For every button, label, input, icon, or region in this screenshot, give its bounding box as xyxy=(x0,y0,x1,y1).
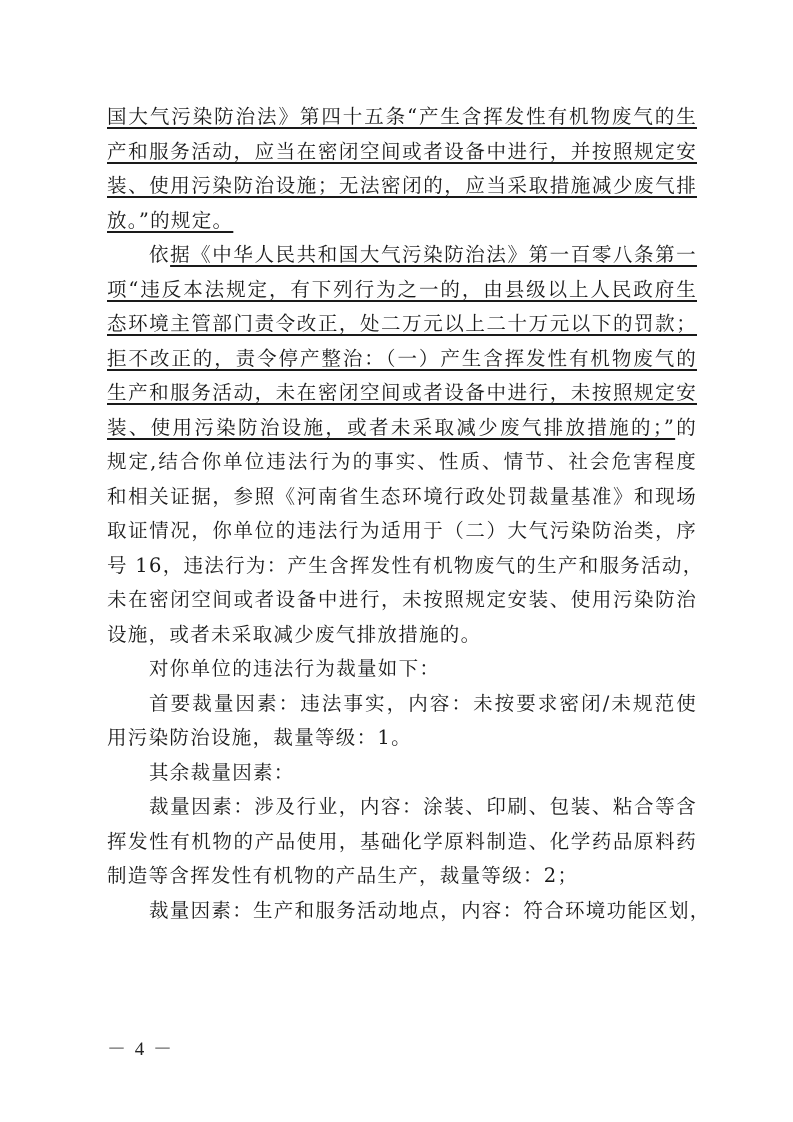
text-span: 其余裁量因素： xyxy=(149,761,295,784)
text-line: 未在密闭空间或者设备中进行，未按照规定安装、使用污染防治 xyxy=(107,583,697,618)
page-number: － 4 － xyxy=(107,1034,174,1061)
text-span: 规定,结合你单位违法行为的事实、性质、情节、社会危害程度 xyxy=(107,450,697,473)
text-span: 未在密闭空间或者设备中进行，未按照规定安装、使用污染防治 xyxy=(107,588,697,611)
text-line: 装、使用污染防治设施，或者未采取减少废气排放措施的；”的 xyxy=(107,411,697,446)
text-span: 的 xyxy=(675,416,697,439)
underlined-text: 态环境主管部门责令改正，处二万元以上二十万元以下的罚款； xyxy=(107,312,697,335)
text-line: 生产和服务活动，未在密闭空间或者设备中进行，未按照规定安 xyxy=(107,376,697,411)
document-page: 国大气污染防治法》第四十五条“产生含挥发性有机物废气的生产和服务活动，应当在密闭… xyxy=(0,0,793,1122)
text-line: 裁量因素：涉及行业，内容：涂装、印刷、包装、粘合等含 xyxy=(107,790,697,825)
text-span: 号 16，违法行为：产生含挥发性有机物废气的生产和服务活动， xyxy=(107,554,704,577)
text-line: 号 16，违法行为：产生含挥发性有机物废气的生产和服务活动， xyxy=(107,549,697,584)
text-line: 拒不改正的，责令停产整治：（一）产生含挥发性有机物废气的 xyxy=(107,342,697,377)
text-line: 对你单位的违法行为裁量如下： xyxy=(107,652,697,687)
underlined-text: 据《中华人民共和国大气污染防治法》第一百零八条第一 xyxy=(170,243,697,266)
text-span: 首要裁量因素：违法事实，内容：未按要求密闭/未规范使 xyxy=(149,692,697,715)
text-line: 设施，或者未采取减少废气排放措施的。 xyxy=(107,618,697,653)
underlined-text: 产和服务活动，应当在密闭空间或者设备中进行，并按照规定安 xyxy=(107,140,697,163)
underlined-text: 国大气污染防治法》第四十五条“产生含挥发性有机物废气的生 xyxy=(107,105,697,128)
text-span: 和相关证据，参照《河南省生态环境行政处罚裁量基准》和现场 xyxy=(107,485,697,508)
underlined-text: 装、使用污染防治设施；无法密闭的，应当采取措施减少废气排 xyxy=(107,174,697,197)
text-line: 和相关证据，参照《河南省生态环境行政处罚裁量基准》和现场 xyxy=(107,480,697,515)
text-line: 裁量因素：生产和服务活动地点，内容：符合环境功能区划， xyxy=(107,894,697,929)
text-span: 设施，或者未采取减少废气排放措施的。 xyxy=(107,623,481,646)
text-line: 制造等含挥发性有机物的产品生产，裁量等级：2； xyxy=(107,859,697,894)
text-line: 取证情况，你单位的违法行为适用于（二）大气污染防治类，序 xyxy=(107,514,697,549)
text-span: 裁量因素：生产和服务活动地点，内容：符合环境功能区划， xyxy=(149,899,711,922)
text-line: 放。”的规定。 xyxy=(107,204,697,239)
text-line: 规定,结合你单位违法行为的事实、性质、情节、社会危害程度 xyxy=(107,445,697,480)
text-line: 其余裁量因素： xyxy=(107,756,697,791)
text-span: 对你单位的违法行为裁量如下： xyxy=(149,657,440,680)
text-span: 依 xyxy=(149,243,170,266)
text-line: 挥发性有机物的产品使用，基础化学原料制造、化学药品原料药 xyxy=(107,825,697,860)
text-span: 用污染防治设施，裁量等级：1。 xyxy=(107,726,412,749)
text-line: 产和服务活动，应当在密闭空间或者设备中进行，并按照规定安 xyxy=(107,135,697,170)
text-line: 依据《中华人民共和国大气污染防治法》第一百零八条第一 xyxy=(107,238,697,273)
text-span: 裁量因素：涉及行业，内容：涂装、印刷、包装、粘合等含 xyxy=(149,795,697,818)
underlined-text: 拒不改正的，责令停产整治：（一）产生含挥发性有机物废气的 xyxy=(107,347,697,370)
underlined-text: 装、使用污染防治设施，或者未采取减少废气排放措施的；” xyxy=(107,416,675,439)
text-line: 用污染防治设施，裁量等级：1。 xyxy=(107,721,697,756)
text-line: 项“违反本法规定，有下列行为之一的，由县级以上人民政府生 xyxy=(107,273,697,308)
underlined-text: 项“违反本法规定，有下列行为之一的，由县级以上人民政府生 xyxy=(107,278,697,301)
text-span: 挥发性有机物的产品使用，基础化学原料制造、化学药品原料药 xyxy=(107,830,697,853)
underlined-text: 生产和服务活动，未在密闭空间或者设备中进行，未按照规定安 xyxy=(107,381,697,404)
body-text: 国大气污染防治法》第四十五条“产生含挥发性有机物废气的生产和服务活动，应当在密闭… xyxy=(107,100,697,928)
text-span: 取证情况，你单位的违法行为适用于（二）大气污染防治类，序 xyxy=(107,519,697,542)
text-line: 态环境主管部门责令改正，处二万元以上二十万元以下的罚款； xyxy=(107,307,697,342)
underlined-text: 放。”的规定。 xyxy=(107,209,233,232)
text-line: 国大气污染防治法》第四十五条“产生含挥发性有机物废气的生 xyxy=(107,100,697,135)
text-span: 制造等含挥发性有机物的产品生产，裁量等级：2； xyxy=(107,864,578,887)
text-line: 首要裁量因素：违法事实，内容：未按要求密闭/未规范使 xyxy=(107,687,697,722)
text-line: 装、使用污染防治设施；无法密闭的，应当采取措施减少废气排 xyxy=(107,169,697,204)
